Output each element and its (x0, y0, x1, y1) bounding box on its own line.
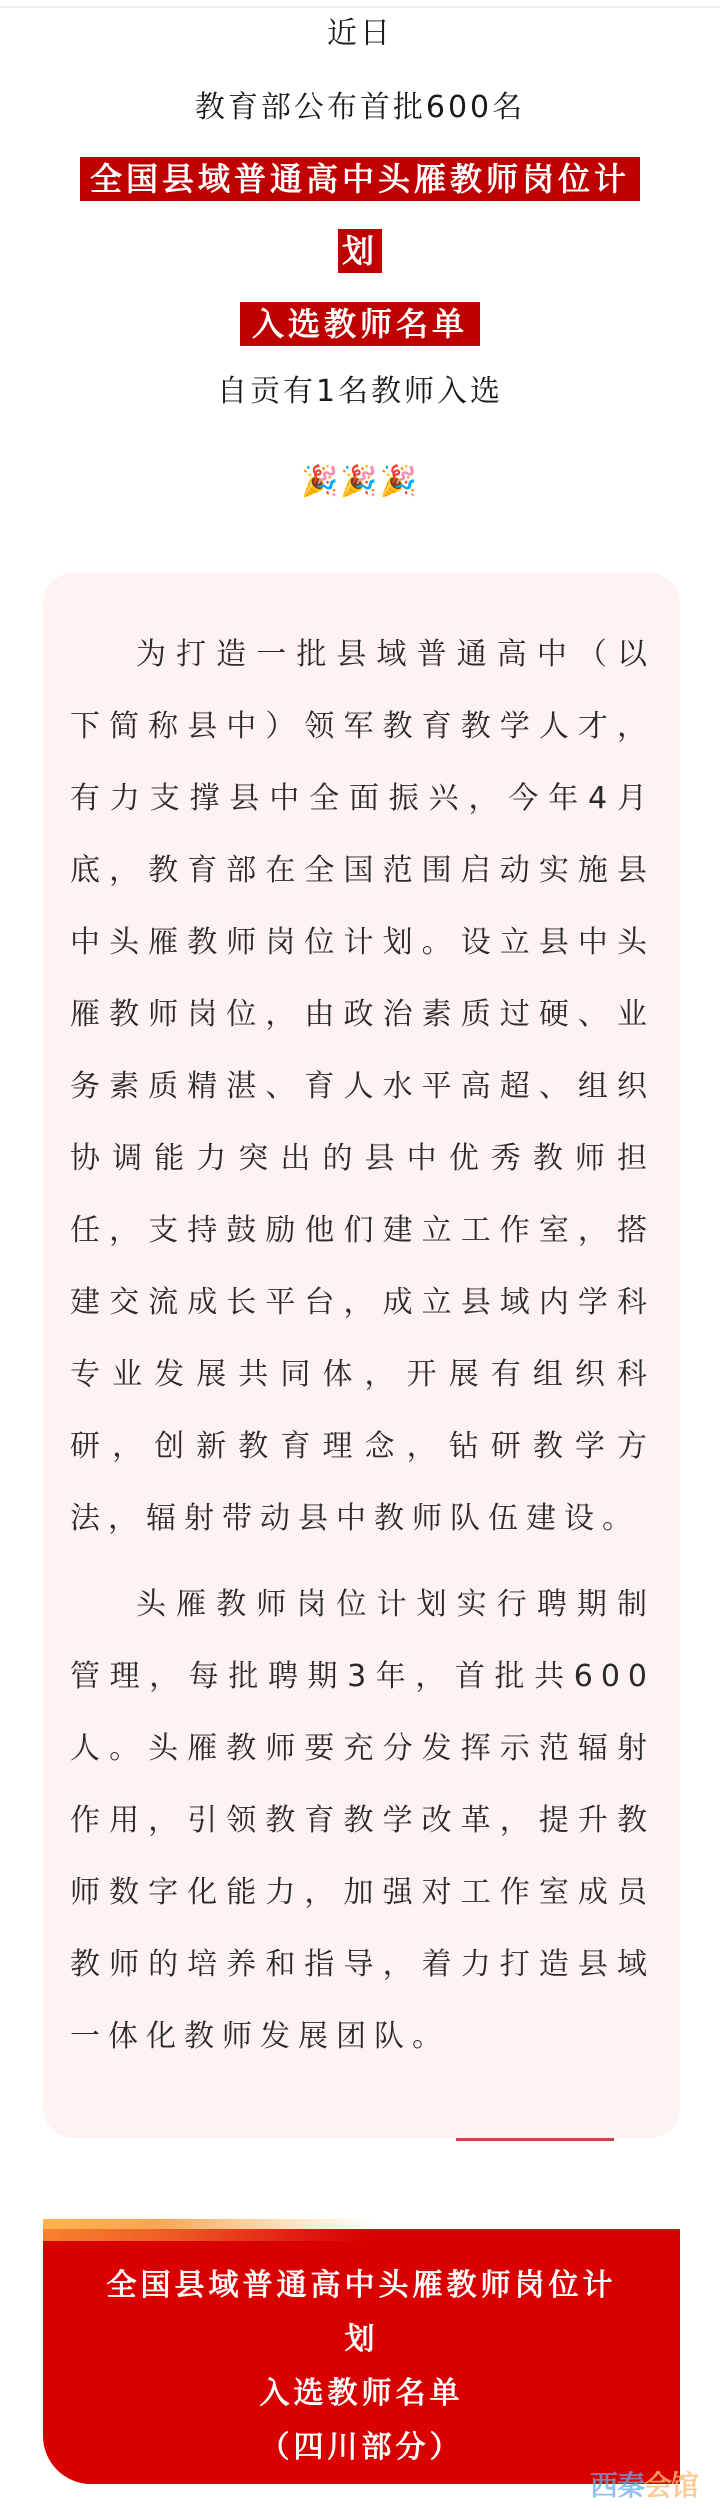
banner-title-line1: 全国县域普通高中头雁教师岗位计 (43, 2259, 680, 2313)
card-accent-underline (456, 2138, 614, 2141)
intro-line-recently: 近日 (0, 14, 720, 54)
watermark-part2: 会馆 (644, 2469, 698, 2502)
highlight-title-text3: 入选教师名单 (240, 302, 480, 346)
party-popper-icons: 🎉🎉🎉 (0, 462, 720, 502)
banner-title-line4: （四川部分） (43, 2421, 680, 2475)
banner-title-line3: 入选教师名单 (43, 2367, 680, 2421)
highlight-title-text1: 全国县域普通高中头雁教师岗位计 (80, 157, 640, 201)
highlight-title-line2: 划 (0, 229, 720, 273)
intro-line-announcement: 教育部公布首批600名 (0, 88, 720, 128)
highlight-title-line1: 全国县域普通高中头雁教师岗位计 (0, 157, 720, 201)
banner-title: 全国县域普通高中头雁教师岗位计 划 入选教师名单 （四川部分） (43, 2259, 680, 2475)
zigong-selected-line: 自贡有1名教师入选 (0, 372, 720, 412)
card-paragraph-2: 头雁教师岗位计划实行聘期制管理，每批聘期3年，首批共600人。头雁教师要充分发挥… (70, 1569, 655, 2073)
intro-card: 为打造一批县域普通高中（以下简称县中）领军教育教学人才，有力支撑县中全面振兴，今… (43, 573, 680, 2138)
highlight-title-text2: 划 (338, 229, 382, 273)
banner-title-line2: 划 (43, 2313, 680, 2367)
watermark-logo: 西秦会馆 (590, 2470, 698, 2502)
section-banner: 全国县域普通高中头雁教师岗位计 划 入选教师名单 （四川部分） (43, 2229, 680, 2484)
highlight-title-line3: 入选教师名单 (0, 302, 720, 346)
banner-glow (43, 2229, 373, 2241)
top-divider (0, 6, 720, 8)
card-paragraph-1: 为打造一批县域普通高中（以下简称县中）领军教育教学人才，有力支撑县中全面振兴，今… (70, 619, 655, 1555)
watermark-part1: 西秦 (590, 2469, 644, 2502)
